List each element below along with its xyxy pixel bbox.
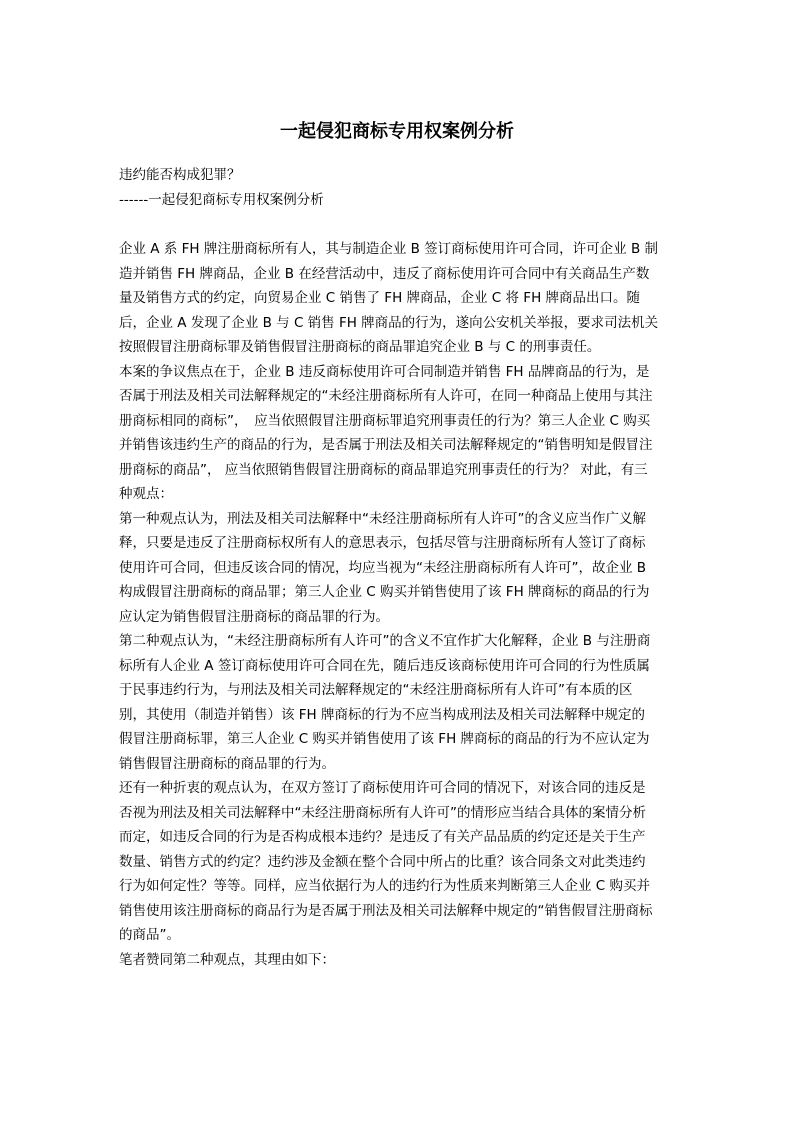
body-line: 的商品”。 (119, 923, 675, 948)
body-line: 第二种观点认为，“未经注册商标所有人许可”的含义不宜作扩大化解释，企业 B 与注… (119, 629, 675, 654)
document-subtitle-secondary: ------一起侵犯商标专用权案例分析 (119, 188, 324, 212)
body-line: 后，企业 A 发现了企业 B 与 C 销售 FH 牌商品的行为，遂向公安机关举报… (119, 311, 675, 336)
body-line: 并销售该违约生产的商品的行为，是否属于刑法及相关司法解释规定的“销售明知是假冒注 (119, 433, 675, 458)
body-line: 否视为刑法及相关司法解释中“未经注册商标所有人许可”的情形应当结合具体的案情分析 (119, 801, 675, 826)
body-line: 构成假冒注册商标的商品罪；第三人企业 C 购买并销售使用了该 FH 牌商标的商品… (119, 580, 675, 605)
body-line: 销售假冒注册商标的商品罪的行为。 (119, 752, 675, 777)
body-line: 假冒注册商标罪，第三人企业 C 购买并销售使用了该 FH 牌商标的商品的行为不应… (119, 727, 675, 752)
body-line: 应认定为销售假冒注册商标的商品罪的行为。 (119, 605, 675, 630)
body-line: 于民事违约行为，与刑法及相关司法解释规定的“未经注册商标所有人许可”有本质的区 (119, 678, 675, 703)
body-line: 释，只要是违反了注册商标权所有人的意思表示，包括尽管与注册商标所有人签订了商标 (119, 531, 675, 556)
body-line: 销售使用该注册商标的商品行为是否属于刑法及相关司法解释中规定的“销售假冒注册商标 (119, 899, 675, 924)
body-line: 量及销售方式的约定，向贸易企业 C 销售了 FH 牌商品，企业 C 将 FH 牌… (119, 286, 675, 311)
body-line: 企业 A 系 FH 牌注册商标所有人，其与制造企业 B 签订商标使用许可合同，许… (119, 237, 675, 262)
body-line: 种观点： (119, 482, 675, 507)
body-line: 造并销售 FH 牌商品，企业 B 在经营活动中，违反了商标使用许可合同中有关商品… (119, 262, 675, 287)
body-line: 数量、销售方式的约定？违约涉及金额在整个合同中所占的比重？该合同条文对此类违约 (119, 850, 675, 875)
document-subtitle: 违约能否构成犯罪？ (119, 163, 241, 187)
body-line: 使用许可合同，但违反该合同的情况，均应当视为“未经注册商标所有人许可”，故企业 … (119, 556, 675, 581)
document-body: 企业 A 系 FH 牌注册商标所有人，其与制造企业 B 签订商标使用许可合同，许… (119, 237, 675, 972)
body-line: 第一种观点认为，刑法及相关司法解释中“未经注册商标所有人许可”的含义应当作广义解 (119, 507, 675, 532)
body-line: 还有一种折衷的观点认为，在双方签订了商标使用许可合同的情况下，对该合同的违反是 (119, 776, 675, 801)
body-line: 行为如何定性？等等。同样，应当依据行为人的违约行为性质来判断第三人企业 C 购买… (119, 874, 675, 899)
body-line: 标所有人企业 A 签订商标使用许可合同在先，随后违反该商标使用许可合同的行为性质… (119, 654, 675, 679)
body-line: 册商标相同的商标”， 应当依照假冒注册商标罪追究刑事责任的行为？第三人企业 C … (119, 409, 675, 434)
body-line: 而定，如违反合同的行为是否构成根本违约？是违反了有关产品品质的约定还是关于生产 (119, 825, 675, 850)
body-line: 册商标的商品”， 应当依照销售假冒注册商标的商品罪追究刑事责任的行为？ 对此，有… (119, 458, 675, 483)
body-line: 按照假冒注册商标罪及销售假冒注册商标的商品罪追究企业 B 与 C 的刑事责任。 (119, 335, 675, 360)
body-line: 笔者赞同第二种观点，其理由如下： (119, 948, 675, 973)
body-line: 本案的争议焦点在于，企业 B 违反商标使用许可合同制造并销售 FH 品牌商品的行… (119, 360, 675, 385)
body-line: 别，其使用（制造并销售）该 FH 牌商标的行为不应当构成刑法及相关司法解释中规定… (119, 703, 675, 728)
document-title: 一起侵犯商标专用权案例分析 (119, 120, 675, 144)
body-line: 否属于刑法及相关司法解释规定的“未经注册商标所有人许可，在同一种商品上使用与其注 (119, 384, 675, 409)
